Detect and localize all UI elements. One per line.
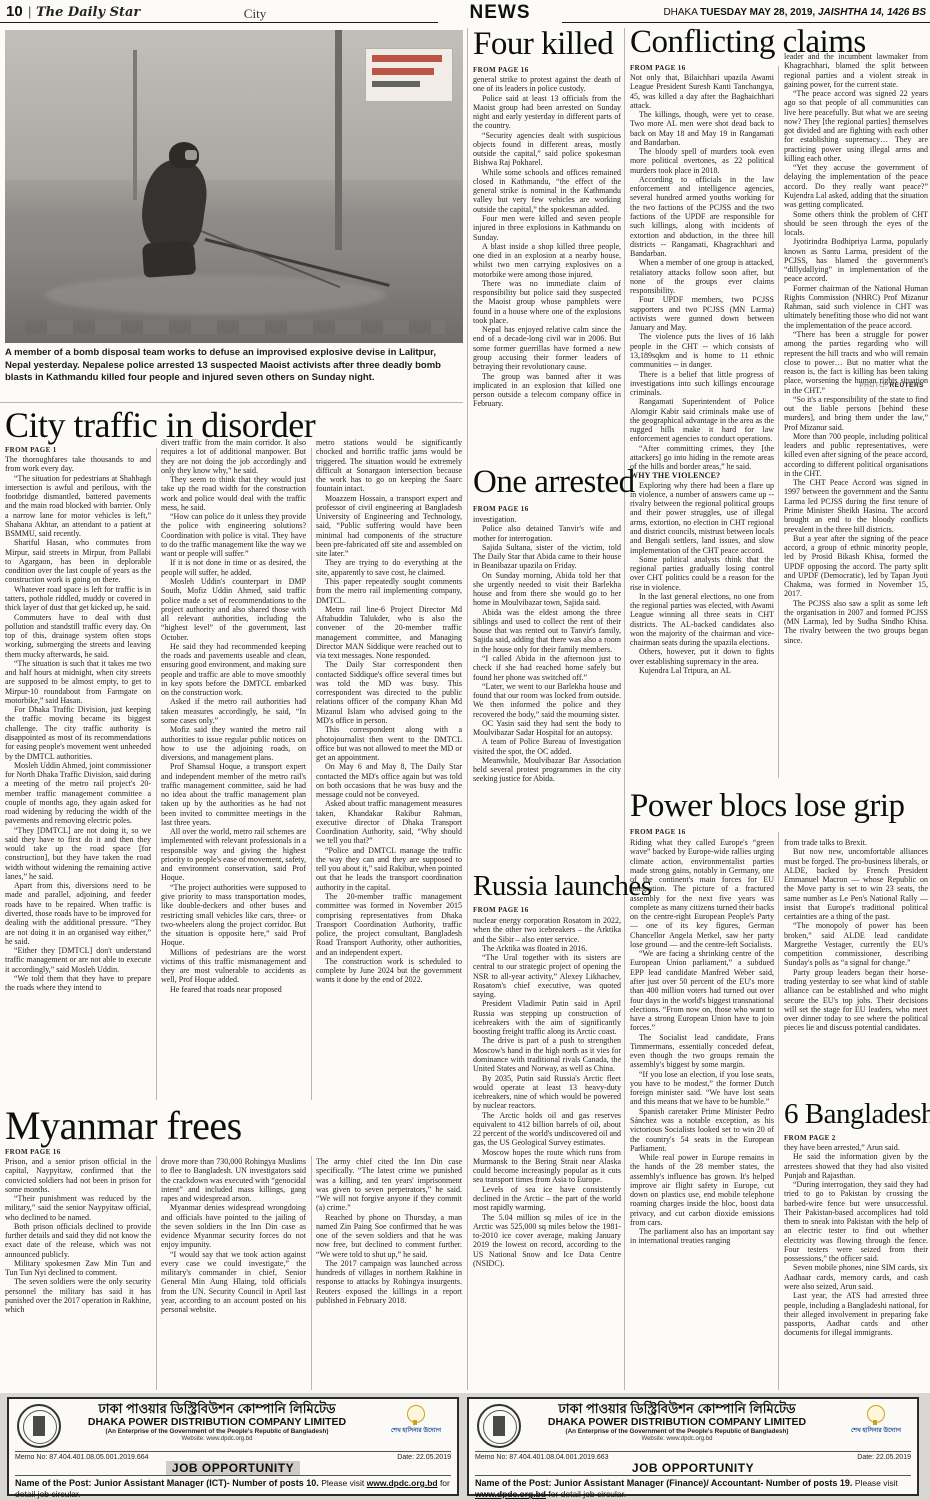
article-paragraph: He said the information given by the arr… [784, 1152, 928, 1180]
article-paragraph: Asked if the metro rail authorities had … [161, 697, 306, 725]
article-paragraph: “The situation is such that it takes me … [5, 659, 151, 705]
article-paragraph: Military spokesmen Zaw Min Tun and Tun T… [5, 1259, 151, 1278]
article-column-russia-launches: nuclear energy corporation Rosatom in 20… [473, 916, 621, 1346]
article-paragraph: The 2017 campaign was launched across hu… [316, 1259, 462, 1305]
article-paragraph: The PCJSS also saw a split as some left … [784, 599, 928, 645]
article-paragraph: The bloody spell of murders took even mo… [630, 147, 774, 175]
article-paragraph: “The monopoly of power has been broken,”… [784, 921, 928, 967]
article-paragraph: divert traffic from the main corridor. I… [161, 438, 306, 475]
article-paragraph: Millions of pedestrians are the worst vi… [161, 948, 306, 985]
section-label-city: City [200, 6, 310, 22]
article-paragraph: Myanmar denies widespread wrongdoing and… [161, 1203, 306, 1249]
article-paragraph: “Police and DMTCL manage the traffic the… [316, 846, 462, 892]
masthead: 10 | The Daily Star City NEWS DHAKA TUES… [0, 2, 930, 24]
article-paragraph: The 20-member traffic management committ… [316, 892, 462, 957]
article-column-conflicting-claims-1: Not only that, Bilaichhari upazila Awami… [630, 73, 774, 778]
article-paragraph: they have been arrested,” Arun said. [784, 1143, 928, 1152]
ad-english-title: DHAKA POWER DISTRIBUTION COMPANY LIMITED [67, 1416, 367, 1428]
article-subhead: WHY THE VIOLENCE? [630, 471, 774, 480]
article-paragraph: If it is not done in time or as desired,… [161, 558, 306, 577]
ad-job-opportunity: JOB OPPORTUNITY [469, 1461, 917, 1475]
ad-header: ঢাকা পাওয়ার ডিস্ট্রিবিউশন কোম্পানি লিমি… [67, 1402, 367, 1443]
column-rule [311, 1156, 312, 1390]
article-paragraph: The group was banned after it was implic… [473, 372, 621, 409]
column-rule [624, 28, 625, 1390]
article-column-city-traffic-1: The thoroughfares take thousands to and … [5, 455, 151, 1100]
ad-memo-row: Memo No: 87.404.401.08.05.001.2019.664 D… [15, 1451, 451, 1461]
article-paragraph: Sajida Sultana, sister of the victim, to… [473, 543, 621, 571]
article-paragraph: By 2035, Putin said Russia's Arctic flee… [473, 1074, 621, 1111]
article-paragraph: Metro rail line-6 Project Director Md Af… [316, 605, 462, 661]
article-column-one-arrested: investigation.Police also detained Tanvi… [473, 515, 621, 867]
article-paragraph: Asked about traffic management measures … [316, 799, 462, 845]
article-paragraph: The parliament also has an important say… [630, 1227, 774, 1246]
article-paragraph: Nepal has enjoyed relative calm since th… [473, 325, 621, 371]
ad-bengali-title: ঢাকা পাওয়ার ডিস্ট্রিবিউশন কোম্পানি লিমি… [67, 1402, 367, 1416]
dateline-city: DHAKA [663, 7, 700, 18]
ad-enterprise-line: (An Enterprise of the Government of the … [527, 1428, 827, 1436]
article-paragraph: Mofiz said they wanted the metro rail au… [161, 725, 306, 762]
bulb-logo: শেখ হাসিনার উদ্যোগ [841, 1405, 911, 1435]
article-paragraph: According to officials in the law enforc… [630, 175, 774, 258]
article-paragraph: Party group leaders began their horse-tr… [784, 968, 928, 1033]
article-paragraph: “The situation for pedestrians at Shahba… [5, 474, 151, 539]
ad-job-opportunity: JOB OPPORTUNITY [9, 1461, 457, 1475]
photo-caption: A member of a bomb disposal team works t… [5, 347, 463, 385]
headline-myanmar-frees: Myanmar frees [5, 1102, 242, 1149]
article-paragraph: “Either they [DMTCL] don't understand tr… [5, 946, 151, 974]
headline-russia-launches: Russia launches [473, 870, 652, 903]
from-page-label: FROM PAGE 16 [630, 64, 686, 72]
article-paragraph: Apart from this, diversions need to be m… [5, 881, 151, 946]
article-paragraph: Levels of sea ice have consistently decl… [473, 1185, 621, 1213]
photo-pole [335, 30, 342, 250]
article-paragraph: A team of Police Bureau of Investigation… [473, 737, 621, 756]
article-paragraph: Commuters have to deal with dust polluti… [5, 613, 151, 659]
article-paragraph: general strike to protest against the de… [473, 75, 621, 94]
article-paragraph: The killings, though, were yet to cease.… [630, 110, 774, 147]
article-paragraph: Whatever road space is left for traffic … [5, 585, 151, 613]
article-paragraph: Prison, and a senior prison official in … [5, 1157, 151, 1194]
article-column-myanmar-2: drove more than 730,000 Rohingya Muslims… [161, 1157, 306, 1390]
article-paragraph: “How can police do it unless they provid… [161, 512, 306, 558]
article-paragraph: “Later, we went to our Barlekha house an… [473, 682, 621, 719]
article-paragraph: The Socialist lead candidate, Frans Timm… [630, 1033, 774, 1070]
ad-dpdc-finance: ঢাকা পাওয়ার ডিস্ট্রিবিউশন কোম্পানি লিমি… [467, 1397, 919, 1496]
article-paragraph: Shariful Hasan, who commutes from Mirpur… [5, 538, 151, 584]
article-paragraph: He feared that roads near proposed [161, 985, 306, 994]
article-paragraph: “There has been a struggle for power amo… [784, 330, 928, 395]
article-paragraph: “We are facing a shrinking centre of the… [630, 949, 774, 1032]
article-paragraph: Four men were killed and seven people in… [473, 214, 621, 242]
article-paragraph: Exploring why there had been a flare up … [630, 481, 774, 555]
ad-memo: Memo No: 87.404.401.08.05.001.2019.664 [15, 1454, 149, 1461]
ad-english-title: DHAKA POWER DISTRIBUTION COMPANY LIMITED [527, 1416, 827, 1428]
article-paragraph: “If you lose an election, if you lose se… [630, 1070, 774, 1107]
ad-post-line: Name of the Post: Junior Assistant Manag… [15, 1475, 451, 1500]
article-paragraph: But a year after the signing of the peac… [784, 534, 928, 599]
column-rule [467, 28, 468, 1390]
section-rule [0, 402, 463, 403]
paper-name: The Daily Star [36, 5, 140, 20]
article-paragraph: There is a belief that little progress o… [630, 370, 774, 398]
article-column-power-blocs-1: Riding what they called Europe's “green … [630, 838, 774, 1390]
newspaper-page: 10 | The Daily Star City NEWS DHAKA TUES… [0, 0, 930, 1500]
ad-website: Website: www.dpdc.org.bd [67, 1436, 367, 1443]
article-paragraph: Police also detained Tanvir's wife and m… [473, 524, 621, 543]
article-column-city-traffic-2: divert traffic from the main corridor. I… [161, 438, 306, 1100]
dateline-date: TUESDAY MAY 28, 2019, [700, 7, 818, 18]
bulb-icon [867, 1405, 885, 1423]
from-page-label: FROM PAGE 2 [784, 1134, 836, 1142]
masthead-rule-left [0, 22, 438, 23]
article-paragraph: from trade talks to Brexit. [784, 838, 928, 847]
article-column-four-killed: general strike to protest against the de… [473, 75, 621, 462]
article-paragraph: Four UPDF members, two PCJSS supporters … [630, 295, 774, 332]
ad-post-name: Name of the Post: Junior Assistant Manag… [475, 1478, 852, 1488]
ad-url: www.dpdc.org.bd [475, 1489, 546, 1499]
bulb-caption: শেখ হাসিনার উদ্যোগ [381, 1428, 451, 1435]
article-paragraph: Last year, the ATS had arrested three pe… [784, 1291, 928, 1337]
article-paragraph: The Daily Star correspondent then contac… [316, 660, 462, 725]
article-paragraph: “Their punishment was reduced by the mil… [5, 1194, 151, 1222]
article-paragraph: Reached by phone on Thursday, a man name… [316, 1213, 462, 1259]
article-paragraph: Jyotirindra Bodhipriya Larma, popularly … [784, 237, 928, 283]
article-column-city-traffic-3: metro stations would be significantly ch… [316, 438, 462, 1100]
ad-post-line: Name of the Post: Junior Assistant Manag… [475, 1475, 911, 1500]
article-column-myanmar-3: The army chief cited the Inn Din case sp… [316, 1157, 462, 1390]
article-paragraph: Some political analysts think that the r… [630, 555, 774, 592]
article-paragraph: “Yet they accuse the government of delay… [784, 163, 928, 209]
page-number: 10 [6, 3, 23, 20]
column-rule [156, 448, 157, 1100]
article-paragraph: This correspondent along with a photojou… [316, 725, 462, 762]
article-paragraph: In the last general elections, no one fr… [630, 592, 774, 648]
article-paragraph: The Arktika was floated in 2016. [473, 944, 621, 953]
ad-post-name: Name of the Post: Junior Assistant Manag… [15, 1478, 319, 1488]
article-column-power-blocs-2: from trade talks to Brexit.But now new, … [784, 838, 928, 1096]
article-paragraph: OC Yasin said they had sent the body to … [473, 719, 621, 738]
article-paragraph: When a member of one group is attacked, … [630, 258, 774, 295]
article-paragraph: The 5.04 million sq miles of ice in the … [473, 1213, 621, 1269]
article-column-myanmar-1: Prison, and a senior prison official in … [5, 1157, 151, 1390]
article-paragraph: “The Ural together with its sisters are … [473, 953, 621, 999]
article-paragraph: The thoroughfares take thousands to and … [5, 455, 151, 474]
article-paragraph: There was no immediate claim of responsi… [473, 279, 621, 325]
article-paragraph: The CHT Peace Accord was signed in 1997 … [784, 478, 928, 534]
ad-date: Date: 22.05.2019 [397, 1454, 451, 1461]
article-paragraph: They seem to think that they would just … [161, 475, 306, 512]
article-paragraph: The construction work is scheduled to co… [316, 957, 462, 985]
column-rule [778, 66, 779, 778]
article-paragraph: Others, however, put it down to fights o… [630, 647, 774, 666]
article-paragraph: “I called Abida in the afternoon just to… [473, 654, 621, 682]
bulb-icon [407, 1405, 425, 1423]
article-paragraph: metro stations would be significantly ch… [316, 438, 462, 494]
article-paragraph: The army chief cited the Inn Din case sp… [316, 1157, 462, 1213]
article-paragraph: They are trying to do everything at the … [316, 558, 462, 577]
bomb-disposal-figure [125, 138, 220, 273]
article-paragraph: Police said at least 13 officials from t… [473, 94, 621, 131]
masthead-rule-right [562, 22, 930, 23]
article-paragraph: Moscow hopes the route which runs from M… [473, 1148, 621, 1185]
news-photo [5, 30, 463, 343]
article-paragraph: Kujendra Lal Tripura, an AL [630, 666, 774, 675]
article-paragraph: On Sunday morning, Abida told her that s… [473, 571, 621, 608]
from-page-label: FROM PAGE 16 [473, 505, 529, 513]
article-paragraph: “After committing crimes, they [the atta… [630, 444, 774, 472]
bulb-caption: শেখ হাসিনার উদ্যোগ [841, 1428, 911, 1435]
from-page-label: FROM PAGE 16 [473, 906, 529, 914]
article-paragraph: Prof Shamsul Hoque, a transport expert a… [161, 762, 306, 827]
article-paragraph: Some others think the problem of CHT sho… [784, 210, 928, 238]
headline-four-killed: Four killed [473, 26, 613, 63]
article-column-conflicting-claims-2: leader and the incumbent lawmaker from K… [784, 52, 928, 778]
article-paragraph: Seven mobile phones, nine SIM cards, six… [784, 1263, 928, 1291]
headline-power-blocs: Power blocs lose grip [630, 788, 905, 825]
ad-bengali-title: ঢাকা পাওয়ার ডিস্ট্রিবিউশন কোম্পানি লিমি… [527, 1402, 827, 1416]
article-paragraph: Not only that, Bilaichhari upazila Awami… [630, 73, 774, 110]
from-page-label: FROM PAGE 16 [5, 1148, 61, 1156]
from-page-label: FROM PAGE 16 [473, 66, 529, 74]
ad-dpdc-ict: ঢাকা পাওয়ার ডিস্ট্রিবিউশন কোম্পানি লিমি… [7, 1397, 459, 1496]
article-paragraph: Rangamati Superintendent of Police Alomg… [630, 397, 774, 443]
ad-memo-row: Memo No: 87.404.401.08.04.001.2019.663 D… [475, 1451, 911, 1461]
ad-header: ঢাকা পাওয়ার ডিস্ট্রিবিউশন কোম্পানি লিমি… [527, 1402, 827, 1443]
article-paragraph: “So it's a responsibility of the state t… [784, 395, 928, 432]
article-paragraph: While some schools and offices remained … [473, 168, 621, 214]
article-paragraph: Both prison officials declined to provid… [5, 1222, 151, 1259]
article-paragraph: nuclear energy corporation Rosatom in 20… [473, 916, 621, 944]
article-paragraph: He said they had recommended keeping the… [161, 642, 306, 698]
article-paragraph: investigation. [473, 515, 621, 524]
ad-enterprise-line: (An Enterprise of the Government of the … [67, 1428, 367, 1436]
dpdc-logo [17, 1404, 61, 1448]
column-rule [156, 1156, 157, 1390]
article-paragraph: Spanish caretaker Prime Minister Pedro S… [630, 1107, 774, 1153]
ad-url: www.dpdc.org.bd [367, 1478, 438, 1488]
article-paragraph: “They [DMTCL] are not doing it, so we sa… [5, 826, 151, 882]
ad-memo: Memo No: 87.404.401.08.04.001.2019.663 [475, 1454, 609, 1461]
from-page-label: FROM PAGE 16 [630, 828, 686, 836]
dateline-bangla: JAISHTHA 14, 1426 BS [818, 7, 926, 18]
article-paragraph: But now new, uncomfortable alliances mus… [784, 847, 928, 921]
article-paragraph: Moazzem Hossain, a transport expert and … [316, 494, 462, 559]
article-paragraph: The Arctic holds oil and gas reserves eq… [473, 1111, 621, 1148]
article-paragraph: Meanwhile, Moulvibazar Bar Association h… [473, 756, 621, 784]
article-paragraph: “During interrogation, they said they ha… [784, 1180, 928, 1263]
article-paragraph: On May 6 and May 8, The Daily Star conta… [316, 762, 462, 799]
article-paragraph: Abida was the eldest among the three sib… [473, 608, 621, 654]
article-paragraph: “We told them that they have to prepare … [5, 974, 151, 993]
article-column-six-bangladeshis: they have been arrested,” Arun said.He s… [784, 1143, 928, 1390]
article-paragraph: drove more than 730,000 Rohingya Muslims… [161, 1157, 306, 1203]
article-paragraph: President Vladimir Putin said in April R… [473, 999, 621, 1036]
article-paragraph: This paper repeatedly sought comments fr… [316, 577, 462, 605]
signboard [365, 48, 453, 102]
article-paragraph: “Security agencies dealt with suspicious… [473, 131, 621, 168]
column-rule [778, 832, 779, 1390]
article-paragraph: “The peace accord was signed 22 years ag… [784, 89, 928, 163]
article-paragraph: More than 700 people, including politica… [784, 432, 928, 478]
article-paragraph: Mosleh Uddin Ahmed, joint commissioner f… [5, 761, 151, 826]
article-paragraph: The drive is part of a push to strengthe… [473, 1036, 621, 1073]
article-paragraph: Mosleh Uddin's counterpart in DMP South,… [161, 577, 306, 642]
article-paragraph: leader and the incumbent lawmaker from K… [784, 52, 928, 89]
article-paragraph: A blast inside a shop killed three peopl… [473, 242, 621, 279]
headline-six-bangladeshis: 6 Bangladeshis [784, 1098, 930, 1131]
headline-one-arrested: One arrested [473, 464, 635, 501]
article-paragraph: “The project authorities were supposed t… [161, 883, 306, 948]
column-rule [311, 448, 312, 1100]
bulb-logo: শেখ হাসিনার উদ্যোগ [381, 1405, 451, 1435]
ad-website: Website: www.dpdc.org.bd [527, 1436, 827, 1443]
article-paragraph: While real power in Europe remains in th… [630, 1153, 774, 1227]
masthead-separator: | [28, 4, 31, 19]
dateline: DHAKA TUESDAY MAY 28, 2019, JAISHTHA 14,… [663, 7, 926, 18]
section-label-news: NEWS [440, 2, 560, 24]
article-paragraph: The seven soldiers were the only securit… [5, 1277, 151, 1314]
from-page-label: FROM PAGE 1 [5, 446, 57, 454]
article-paragraph: All over the world, metro rail schemes a… [161, 827, 306, 883]
article-paragraph: For Dhaka Traffic Division, just keeping… [5, 705, 151, 761]
article-paragraph: The violence puts the lives of 16 lakh p… [630, 332, 774, 369]
dpdc-logo [477, 1404, 521, 1448]
article-paragraph: “I would say that we took action against… [161, 1250, 306, 1315]
article-paragraph: Riding what they called Europe's “green … [630, 838, 774, 949]
ad-date: Date: 22.05.2019 [857, 1454, 911, 1461]
article-paragraph: Former chairman of the National Human Ri… [784, 284, 928, 330]
